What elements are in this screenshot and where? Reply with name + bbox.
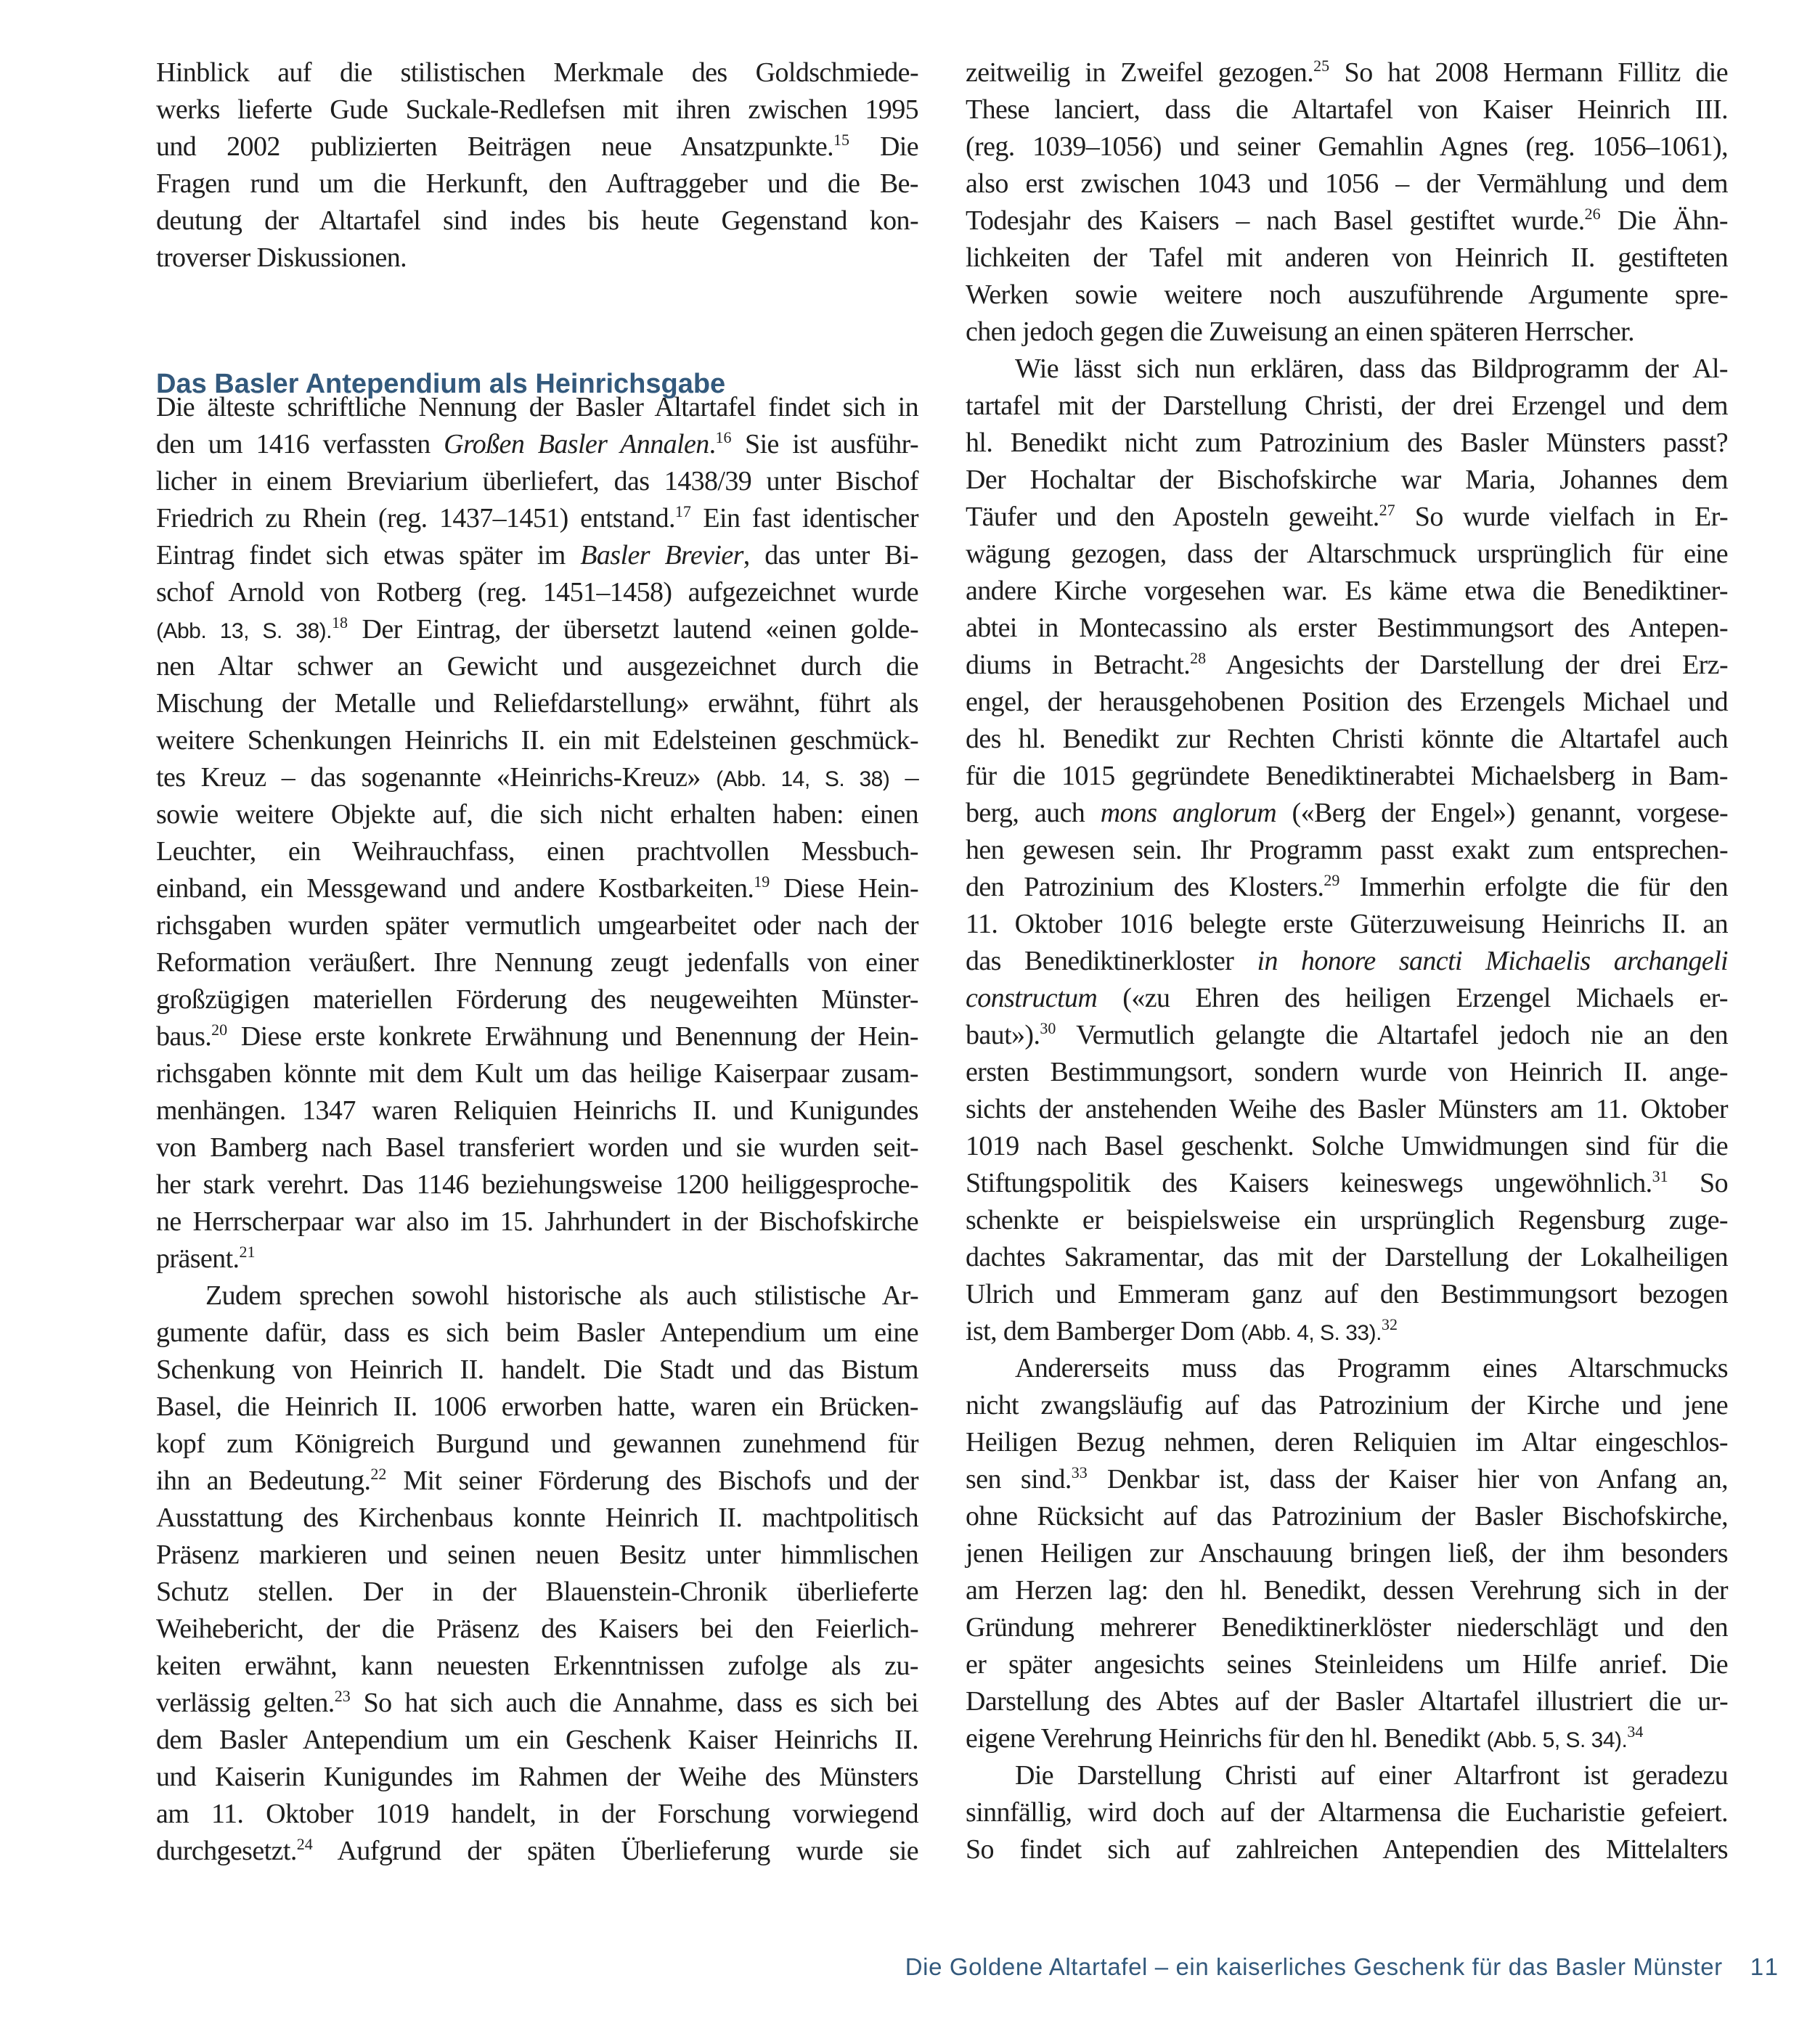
text-segment: in honore sancti Michaelis archangeli (1257, 946, 1728, 976)
text-segment: den Patrozinium des Klosters. (966, 872, 1323, 902)
text-segment: einband, ein Messgewand und andere Kostb… (156, 873, 754, 904)
text-segment: deutung der Altartafel sind indes bis he… (156, 205, 918, 236)
text-segment: eigene Verehrung Heinrichs für den hl. B… (966, 1723, 1487, 1754)
text-line: licher in einem Breviarium überliefert, … (156, 463, 918, 500)
text-line: ohne Rücksicht auf das Patrozinium der B… (966, 1498, 1728, 1535)
text-line: Präsenz markieren und seinen neuen Besit… (156, 1537, 918, 1574)
text-line: des hl. Benedikt zur Rechten Christi kön… (966, 721, 1728, 758)
footnote-marker: 15 (833, 131, 849, 149)
text-segment: dem Basler Antependium um ein Geschenk K… (156, 1725, 918, 1755)
text-line: Täufer und den Aposteln geweiht.27 So wu… (966, 499, 1728, 536)
text-segment: So hat sich auch die Annahme, dass es si… (351, 1688, 918, 1718)
text-line: sichts der anstehenden Weihe des Basler … (966, 1091, 1728, 1128)
text-line: den Patrozinium des Klosters.29 Immerhin… (966, 869, 1728, 906)
text-segment: also erst zwischen 1043 und 1056 – der V… (966, 168, 1728, 199)
text-line: also erst zwischen 1043 und 1056 – der V… (966, 165, 1728, 203)
text-line: sowie weitere Objekte auf, die sich nich… (156, 796, 918, 833)
text-line: Hinblick auf die stilistischen Merkmale … (156, 54, 918, 91)
text-line: Schutz stellen. Der in der Blauenstein-C… (156, 1574, 918, 1611)
text-segment: Darstellung des Abtes auf der Basler Alt… (966, 1686, 1728, 1717)
text-line: werks lieferte Gude Suckale-Redlefsen mi… (156, 91, 918, 128)
text-line: Gründung mehrerer Benediktinerklöster ni… (966, 1609, 1728, 1646)
text-line: sen sind.33 Denkbar ist, dass der Kaiser… (966, 1461, 1728, 1498)
text-line: ihn an Bedeutung.22 Mit seiner Förderung… (156, 1463, 918, 1500)
text-segment: 11. Oktober 1016 belegte erste Güterzuwe… (966, 909, 1728, 939)
text-line: (reg. 1039–1056) und seiner Gemahlin Agn… (966, 128, 1728, 165)
text-line: das Benediktinerkloster in honore sancti… (966, 943, 1728, 980)
footnote-marker: 20 (211, 1021, 227, 1039)
text-segment: baus. (156, 1021, 211, 1052)
text-segment: Mit seiner Förderung des Bischofs und de… (386, 1465, 918, 1496)
footnote-marker: 28 (1190, 649, 1206, 667)
text-line: troverser Diskussionen. (156, 240, 918, 277)
text-segment: Angesichts der Darstellung der drei Erz- (1206, 650, 1728, 680)
text-segment: (reg. 1039–1056) und seiner Gemahlin Agn… (966, 131, 1728, 162)
text-line: Ulrich und Emmeram ganz auf den Bestimmu… (966, 1276, 1728, 1313)
text-segment: , das unter Bi- (743, 540, 918, 571)
text-line: Schenkung von Heinrich II. handelt. Die … (156, 1352, 918, 1389)
text-line: einband, ein Messgewand und andere Kostb… (156, 870, 918, 907)
text-line: tartafel mit der Darstellung Christi, de… (966, 388, 1728, 425)
text-line: berg, auch mons anglorum («Berg der Enge… (966, 795, 1728, 832)
text-line: richsgaben wurden später vermutlich umge… (156, 907, 918, 944)
text-segment: Die Darstellung Christi auf einer Altarf… (1015, 1760, 1728, 1791)
text-segment: Wie lässt sich nun erklären, dass das Bi… (1015, 353, 1728, 384)
text-line: Zudem sprechen sowohl historische als au… (156, 1277, 918, 1315)
text-line: baut»).30 Vermutlich gelangte die Altart… (966, 1017, 1728, 1054)
text-line: lichkeiten der Tafel mit anderen von Hei… (966, 240, 1728, 277)
text-line: schof Arnold von Rotberg (reg. 1451–1458… (156, 574, 918, 611)
text-line: großzügigen materiellen Förderung des ne… (156, 981, 918, 1018)
text-segment: Hinblick auf die stilistischen Merkmale … (156, 57, 918, 88)
footnote-marker: 29 (1323, 871, 1339, 889)
text-segment: Mischung der Metalle und Reliefdarstellu… (156, 688, 918, 719)
text-segment: her stark verehrt. Das 1146 beziehungswe… (156, 1169, 918, 1200)
text-segment: Täufer und den Aposteln geweiht. (966, 502, 1379, 532)
text-line: sinnfällig, wird doch auf der Altarmensa… (966, 1794, 1728, 1831)
text-line: wägung gezogen, dass der Altarschmuck ur… (966, 536, 1728, 573)
text-segment: ne Herrscherpaar war also im 15. Jahrhun… (156, 1206, 918, 1237)
text-segment: («Berg der Engel») genannt, vorgese- (1276, 798, 1728, 828)
text-line: Basel, die Heinrich II. 1006 erworben ha… (156, 1389, 918, 1426)
footnote-marker: 23 (335, 1687, 351, 1705)
text-segment: – (889, 762, 918, 793)
text-line: 11. Oktober 1016 belegte erste Güterzuwe… (966, 906, 1728, 943)
text-line: keiten erwähnt, kann neuesten Erkenntnis… (156, 1648, 918, 1685)
text-line: Die Darstellung Christi auf einer Altarf… (966, 1757, 1728, 1794)
text-line: durchgesetzt.24 Aufgrund der späten Über… (156, 1833, 918, 1870)
text-line: er später angesichts seines Steinleidens… (966, 1646, 1728, 1683)
text-line: ne Herrscherpaar war also im 15. Jahrhun… (156, 1203, 918, 1240)
text-segment: ohne Rücksicht auf das Patrozinium der B… (966, 1501, 1728, 1532)
text-line: 1019 nach Basel geschenkt. Solche Umwidm… (966, 1128, 1728, 1165)
footnote-marker: 16 (716, 428, 732, 446)
text-line: von Bamberg nach Basel transferiert word… (156, 1129, 918, 1166)
text-segment: Ausstattung des Kirchenbaus konnte Heinr… (156, 1503, 918, 1533)
text-line: abtei in Montecassino als erster Bestimm… (966, 610, 1728, 647)
text-segment: tes Kreuz – das sogenannte «Heinrichs-Kr… (156, 762, 716, 793)
text-segment: tartafel mit der Darstellung Christi, de… (966, 391, 1728, 421)
text-line: hen gewesen sein. Ihr Programm passt exa… (966, 832, 1728, 869)
text-segment: Stiftungspolitik des Kaisers keineswegs … (966, 1168, 1652, 1198)
footnote-marker: 32 (1382, 1315, 1398, 1333)
footnote-marker: 27 (1379, 501, 1395, 519)
text-line: verlässig gelten.23 So hat sich auch die… (156, 1685, 918, 1722)
text-segment: sen sind. (966, 1464, 1072, 1495)
text-segment: So wurde vielfach in Er- (1395, 502, 1728, 532)
text-segment: Ulrich und Emmeram ganz auf den Bestimmu… (966, 1279, 1728, 1309)
footnote-marker: 33 (1072, 1463, 1088, 1481)
text-segment: Die (849, 131, 918, 162)
document-page: Hinblick auf die stilistischen Merkmale … (0, 0, 1815, 2044)
text-segment: des hl. Benedikt zur Rechten Christi kön… (966, 724, 1728, 754)
text-line: engel, der herausgehobenen Position des … (966, 684, 1728, 721)
text-segment: gumente dafür, dass es sich beim Basler … (156, 1317, 918, 1348)
text-line: für die 1015 gegründete Benediktinerabte… (966, 758, 1728, 795)
text-segment: zeitweilig in Zweifel gezogen. (966, 57, 1313, 88)
text-segment: jenen Heiligen zur Anschauung bringen li… (966, 1538, 1728, 1569)
text-segment: So (1668, 1168, 1728, 1198)
text-segment: mons anglorum (1101, 798, 1276, 828)
text-segment: für die 1015 gegründete Benediktinerabte… (966, 761, 1728, 791)
text-segment: hen gewesen sein. Ihr Programm passt exa… (966, 835, 1728, 865)
text-segment: schof Arnold von Rotberg (reg. 1451–1458… (156, 577, 918, 608)
text-line: jenen Heiligen zur Anschauung bringen li… (966, 1535, 1728, 1572)
text-segment: Immerhin erfolgte die für den (1339, 872, 1728, 902)
text-segment: Vermutlich gelangte die Altartafel jedoc… (1056, 1020, 1728, 1050)
text-segment: 1019 nach Basel geschenkt. Solche Umwidm… (966, 1131, 1728, 1161)
text-line: So findet sich auf zahlreichen Antependi… (966, 1831, 1728, 1868)
text-line: den um 1416 verfassten Großen Basler Ann… (156, 426, 918, 463)
text-line: gumente dafür, dass es sich beim Basler … (156, 1315, 918, 1352)
text-line: constructum («zu Ehren des heiligen Erze… (966, 980, 1728, 1017)
text-segment: engel, der herausgehobenen Position des … (966, 687, 1728, 717)
text-line: Andererseits muss das Programm eines Alt… (966, 1350, 1728, 1387)
footnote-marker: 34 (1627, 1722, 1643, 1741)
text-segment: keiten erwähnt, kann neuesten Erkenntnis… (156, 1651, 918, 1681)
text-line: Eintrag findet sich etwas später im Basl… (156, 537, 918, 574)
text-segment: lichkeiten der Tafel mit anderen von Hei… (966, 242, 1728, 273)
text-segment: Basler Brevier (580, 540, 743, 571)
text-segment: hl. Benedikt nicht zum Patrozinium des B… (966, 428, 1728, 458)
text-line: nen Altar schwer an Gewicht und ausgezei… (156, 648, 918, 685)
footnote-marker: 22 (370, 1465, 386, 1483)
text-segment: andere Kirche vorgesehen war. Es käme et… (966, 576, 1728, 606)
text-line: deutung der Altartafel sind indes bis he… (156, 203, 918, 240)
text-line: Wie lässt sich nun erklären, dass das Bi… (966, 351, 1728, 388)
text-segment: sowie weitere Objekte auf, die sich nich… (156, 799, 918, 830)
text-segment: Heiligen Bezug nehmen, deren Reliquien i… (966, 1427, 1728, 1458)
text-segment: das Benediktinerkloster (966, 946, 1257, 976)
text-segment: baut»). (966, 1020, 1040, 1050)
text-line: am Herzen lag: den hl. Benedikt, dessen … (966, 1572, 1728, 1609)
text-segment: ist, dem Bamberger Dom (966, 1316, 1241, 1346)
text-segment: Der Eintrag, der übersetzt lautend «eine… (348, 614, 918, 645)
text-segment: weitere Schenkungen Heinrichs II. ein mi… (156, 725, 918, 756)
text-line: zeitweilig in Zweifel gezogen.25 So hat … (966, 54, 1728, 91)
text-line: kopf zum Königreich Burgund und gewannen… (156, 1426, 918, 1463)
text-segment: sichts der anstehenden Weihe des Basler … (966, 1094, 1728, 1124)
text-segment: nen Altar schwer an Gewicht und ausgezei… (156, 651, 918, 682)
footnote-marker: 19 (754, 872, 770, 891)
text-segment: Diese Hein- (770, 873, 918, 904)
text-line: Ausstattung des Kirchenbaus konnte Heinr… (156, 1500, 918, 1537)
text-line: dachtes Sakramentar, das mit der Darstel… (966, 1239, 1728, 1276)
text-segment: licher in einem Breviarium überliefert, … (156, 466, 918, 496)
text-segment: abtei in Montecassino als erster Bestimm… (966, 613, 1728, 643)
text-segment: So hat 2008 Hermann Fillitz die (1329, 57, 1728, 88)
text-segment: troverser Diskussionen. (156, 242, 407, 273)
text-segment: Denkbar ist, dass der Kaiser hier von An… (1088, 1464, 1728, 1495)
text-segment: dachtes Sakramentar, das mit der Darstel… (966, 1242, 1728, 1272)
text-segment: werks lieferte Gude Suckale-Redlefsen mi… (156, 94, 918, 125)
text-segment: Friedrich zu Rhein (reg. 1437–1451) ents… (156, 503, 675, 534)
text-line: ersten Bestimmungsort, sondern wurde von… (966, 1054, 1728, 1091)
text-line: diums in Betracht.28 Angesichts der Dars… (966, 647, 1728, 684)
text-segment: am Herzen lag: den hl. Benedikt, dessen … (966, 1575, 1728, 1606)
text-segment: ihn an Bedeutung. (156, 1465, 370, 1496)
text-segment: wägung gezogen, dass der Altarschmuck ur… (966, 539, 1728, 569)
text-line: richsgaben könnte mit dem Kult um das he… (156, 1055, 918, 1092)
text-line: Der Hochaltar der Bischofskirche war Mar… (966, 462, 1728, 499)
text-line: hl. Benedikt nicht zum Patrozinium des B… (966, 425, 1728, 462)
text-line: Heiligen Bezug nehmen, deren Reliquien i… (966, 1424, 1728, 1461)
footnote-marker: 30 (1040, 1019, 1056, 1037)
text-line: Reformation veräußert. Ihre Nennung zeug… (156, 944, 918, 981)
text-line: baus.20 Diese erste konkrete Erwähnung u… (156, 1018, 918, 1055)
text-segment: These lanciert, dass die Altartafel von … (966, 94, 1728, 125)
figure-reference: (Abb. 13, S. 38). (156, 619, 332, 643)
text-segment: Diese erste konkrete Erwähnung und Benen… (227, 1021, 918, 1052)
text-segment: chen jedoch gegen die Zuweisung an einen… (966, 316, 1634, 347)
text-segment: Andererseits muss das Programm eines Alt… (1015, 1353, 1728, 1383)
text-line: chen jedoch gegen die Zuweisung an einen… (966, 314, 1728, 351)
text-segment: nicht zwangsläufig auf das Patrozinium d… (966, 1390, 1728, 1420)
text-line: Werken sowie weitere noch auszuführende … (966, 277, 1728, 314)
text-segment: verlässig gelten. (156, 1688, 335, 1718)
footnote-marker: 24 (297, 1835, 313, 1853)
text-segment: kopf zum Königreich Burgund und gewannen… (156, 1428, 918, 1459)
text-segment: berg, auch (966, 798, 1101, 828)
text-segment: So findet sich auf zahlreichen Antependi… (966, 1834, 1728, 1865)
footnote-marker: 25 (1313, 57, 1329, 75)
text-segment: diums in Betracht. (966, 650, 1190, 680)
footnote-marker: 26 (1585, 205, 1601, 223)
text-segment: Ein fast identischer (691, 503, 918, 534)
text-segment: Fragen rund um die Herkunft, den Auftrag… (156, 168, 918, 199)
text-line: Todesjahr des Kaisers – nach Basel gesti… (966, 203, 1728, 240)
text-segment: Schutz stellen. Der in der Blauenstein-C… (156, 1577, 918, 1607)
text-segment: den um 1416 verfassten (156, 429, 444, 459)
text-segment: Zudem sprechen sowohl historische als au… (205, 1280, 918, 1311)
text-line: tes Kreuz – das sogenannte «Heinrichs-Kr… (156, 759, 918, 796)
text-segment: Großen Basler Annalen (444, 429, 709, 459)
text-segment: Leuchter, ein Weihrauchfass, einen prach… (156, 836, 918, 867)
text-segment: Aufgrund der späten Überlieferung wurde … (313, 1836, 918, 1866)
text-line: (Abb. 13, S. 38).18 Der Eintrag, der übe… (156, 611, 918, 648)
text-segment: Werken sowie weitere noch auszuführende … (966, 279, 1728, 310)
text-segment: . (709, 429, 716, 459)
text-segment: («zu Ehren des heiligen Erzengel Michael… (1097, 983, 1728, 1013)
text-line: eigene Verehrung Heinrichs für den hl. B… (966, 1720, 1728, 1757)
text-segment: richsgaben wurden später vermutlich umge… (156, 910, 918, 941)
text-line: Weihebericht, der die Präsenz des Kaiser… (156, 1611, 918, 1648)
text-line: nicht zwangsläufig auf das Patrozinium d… (966, 1387, 1728, 1424)
text-line: schenkte er beispielsweise ein ursprüngl… (966, 1202, 1728, 1239)
text-line: präsent.21 (156, 1240, 918, 1277)
text-line: weitere Schenkungen Heinrichs II. ein mi… (156, 722, 918, 759)
text-line: und Kaiserin Kunigundes im Rahmen der We… (156, 1759, 918, 1796)
text-segment: Sie ist ausführ- (732, 429, 918, 459)
text-line: am 11. Oktober 1019 handelt, in der Fors… (156, 1796, 918, 1833)
text-segment: ersten Bestimmungsort, sondern wurde von… (966, 1057, 1728, 1087)
text-segment: Eintrag findet sich etwas später im (156, 540, 580, 571)
text-line: und 2002 publizierten Beiträgen neue Ans… (156, 128, 918, 165)
text-segment: schenkte er beispielsweise ein ursprüngl… (966, 1205, 1728, 1235)
figure-reference: (Abb. 5, S. 34). (1487, 1728, 1628, 1752)
text-line: Friedrich zu Rhein (reg. 1437–1451) ents… (156, 500, 918, 537)
text-segment: Der Hochaltar der Bischofskirche war Mar… (966, 465, 1728, 495)
text-line: ist, dem Bamberger Dom (Abb. 4, S. 33).3… (966, 1313, 1728, 1350)
text-segment: constructum (966, 983, 1097, 1013)
section-heading: Das Basler Antependium als Heinrichsgabe (156, 366, 725, 402)
text-segment: Reformation veräußert. Ihre Nennung zeug… (156, 947, 918, 978)
figure-reference: (Abb. 14, S. 38) (716, 767, 889, 791)
text-line: Leuchter, ein Weihrauchfass, einen prach… (156, 833, 918, 870)
text-line: menhängen. 1347 waren Reliquien Heinrich… (156, 1092, 918, 1129)
text-line: Mischung der Metalle und Reliefdarstellu… (156, 685, 918, 722)
figure-reference: (Abb. 4, S. 33). (1241, 1321, 1382, 1345)
text-line: Stiftungspolitik des Kaisers keineswegs … (966, 1165, 1728, 1202)
text-segment: Weihebericht, der die Präsenz des Kaiser… (156, 1614, 918, 1644)
text-line: her stark verehrt. Das 1146 beziehungswe… (156, 1166, 918, 1203)
text-segment: Basel, die Heinrich II. 1006 erworben ha… (156, 1391, 918, 1422)
footnote-marker: 31 (1652, 1167, 1668, 1185)
text-segment: von Bamberg nach Basel transferiert word… (156, 1132, 918, 1163)
text-segment: großzügigen materiellen Förderung des ne… (156, 984, 918, 1015)
text-segment: richsgaben könnte mit dem Kult um das he… (156, 1058, 918, 1089)
text-segment: Gründung mehrerer Benediktinerklöster ni… (966, 1612, 1728, 1643)
text-line: dem Basler Antependium um ein Geschenk K… (156, 1722, 918, 1759)
running-title: Die Goldene Altartafel – ein kaiserliche… (905, 1953, 1723, 1980)
text-segment: präsent. (156, 1243, 239, 1274)
text-segment: Präsenz markieren und seinen neuen Besit… (156, 1540, 918, 1570)
footnote-marker: 18 (332, 613, 348, 631)
text-segment: sinnfällig, wird doch auf der Altarmensa… (966, 1797, 1728, 1828)
text-segment: Die Ähn- (1601, 205, 1728, 236)
text-segment: durchgesetzt. (156, 1836, 297, 1866)
text-segment: menhängen. 1347 waren Reliquien Heinrich… (156, 1095, 918, 1126)
text-line: Fragen rund um die Herkunft, den Auftrag… (156, 165, 918, 203)
text-line: andere Kirche vorgesehen war. Es käme et… (966, 573, 1728, 610)
page-number: 11 (1750, 1953, 1781, 1980)
text-segment: Todesjahr des Kaisers – nach Basel gesti… (966, 205, 1585, 236)
text-line: Darstellung des Abtes auf der Basler Alt… (966, 1683, 1728, 1720)
text-segment: und 2002 publizierten Beiträgen neue Ans… (156, 131, 833, 162)
text-segment: Schenkung von Heinrich II. handelt. Die … (156, 1354, 918, 1385)
page-footer: Die Goldene Altartafel – ein kaiserliche… (905, 1953, 1781, 1982)
text-line: These lanciert, dass die Altartafel von … (966, 91, 1728, 128)
footnote-marker: 21 (239, 1243, 255, 1261)
footnote-marker: 17 (675, 502, 691, 520)
text-segment: am 11. Oktober 1019 handelt, in der Fors… (156, 1799, 918, 1829)
text-segment: er später angesichts seines Steinleidens… (966, 1649, 1728, 1680)
text-segment: und Kaiserin Kunigundes im Rahmen der We… (156, 1762, 918, 1792)
